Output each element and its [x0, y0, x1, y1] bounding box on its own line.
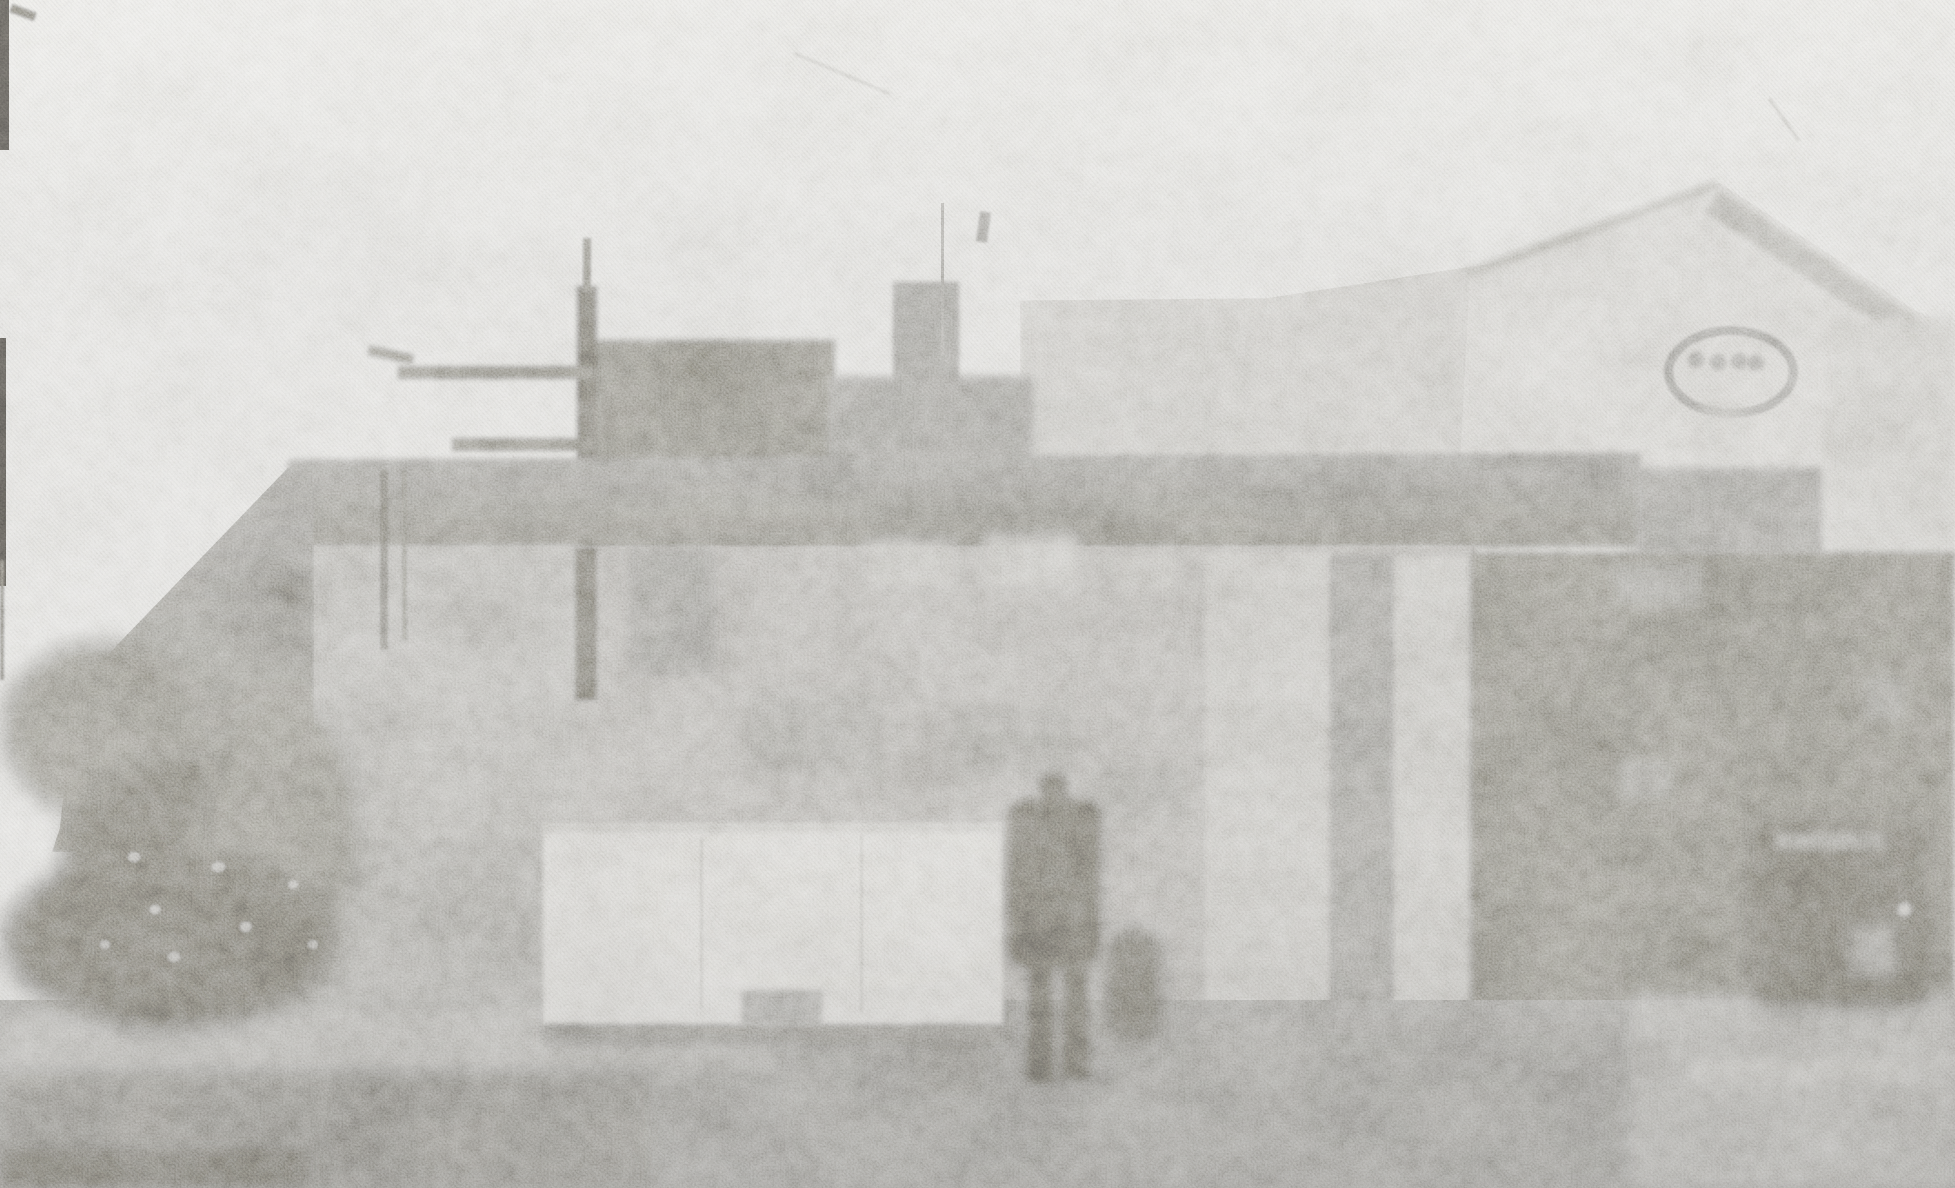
- canopy-shadow-right: [1636, 468, 1822, 554]
- rooftop-sign-block: [590, 340, 835, 472]
- ground-object: [916, 1032, 986, 1094]
- vehicle-headlight-icon: [1898, 903, 1911, 916]
- bush: [0, 850, 340, 1030]
- ground-corner-dark: [0, 1148, 310, 1188]
- figure-standing: [1000, 765, 1110, 1090]
- bush-highlight: [212, 862, 225, 872]
- gable-wall-shading: [1828, 318, 1955, 560]
- halftone-photograph: [0, 0, 1955, 1188]
- pole-crossarm-upper: [398, 366, 594, 379]
- figure-leg: [1028, 961, 1054, 1083]
- canopy-fascia: [288, 452, 1640, 553]
- ground-right-light: [1630, 995, 1955, 1188]
- figure-small: [1102, 928, 1164, 1043]
- window-highlight: [865, 540, 955, 588]
- telegraph-pole-top: [583, 238, 591, 292]
- wall-seam-line-2: [402, 470, 407, 640]
- window-highlight: [985, 535, 1080, 587]
- ground-center: [780, 1020, 1640, 1188]
- bush-highlight: [308, 940, 318, 949]
- bush-highlight: [168, 952, 180, 962]
- logo-smudge: [1700, 400, 1746, 466]
- pole-crossarm-lower: [452, 438, 594, 451]
- edge-artifact: [0, 560, 4, 680]
- wall-top-edge: [543, 824, 1003, 832]
- light-pillar: [1205, 552, 1333, 1022]
- dark-doorway: [1330, 556, 1396, 1016]
- bush-highlight: [240, 922, 251, 932]
- wall-joint-line: [860, 834, 863, 1012]
- interior-speckle: [1618, 760, 1673, 800]
- bush-highlight: [128, 852, 140, 862]
- figure-leg: [1062, 961, 1090, 1079]
- edge-artifact: [0, 338, 6, 586]
- light-pillar: [1394, 556, 1480, 1031]
- figure-torso: [1006, 797, 1102, 969]
- interior-speckle: [1615, 565, 1700, 605]
- facade-mottle: [745, 690, 885, 775]
- wall-notch: [742, 990, 822, 1026]
- facade-dark-patch: [630, 546, 714, 674]
- bush-highlight: [150, 905, 160, 914]
- bush-highlight: [100, 940, 110, 949]
- wall-joint-line: [700, 838, 703, 1008]
- oval-logo-lettering: [1688, 352, 1704, 368]
- interior-speckle: [1865, 675, 1905, 720]
- window-highlight: [1115, 550, 1180, 592]
- bush-highlight: [288, 880, 298, 889]
- ground-right-streak: [1690, 1058, 1910, 1084]
- pole-lower: [575, 548, 597, 700]
- antenna-line: [941, 203, 944, 355]
- vehicle-roof-highlight: [1777, 833, 1885, 848]
- edge-artifact: [0, 0, 9, 150]
- vehicle-body-highlight: [1852, 928, 1894, 976]
- wall-seam-line: [380, 470, 388, 650]
